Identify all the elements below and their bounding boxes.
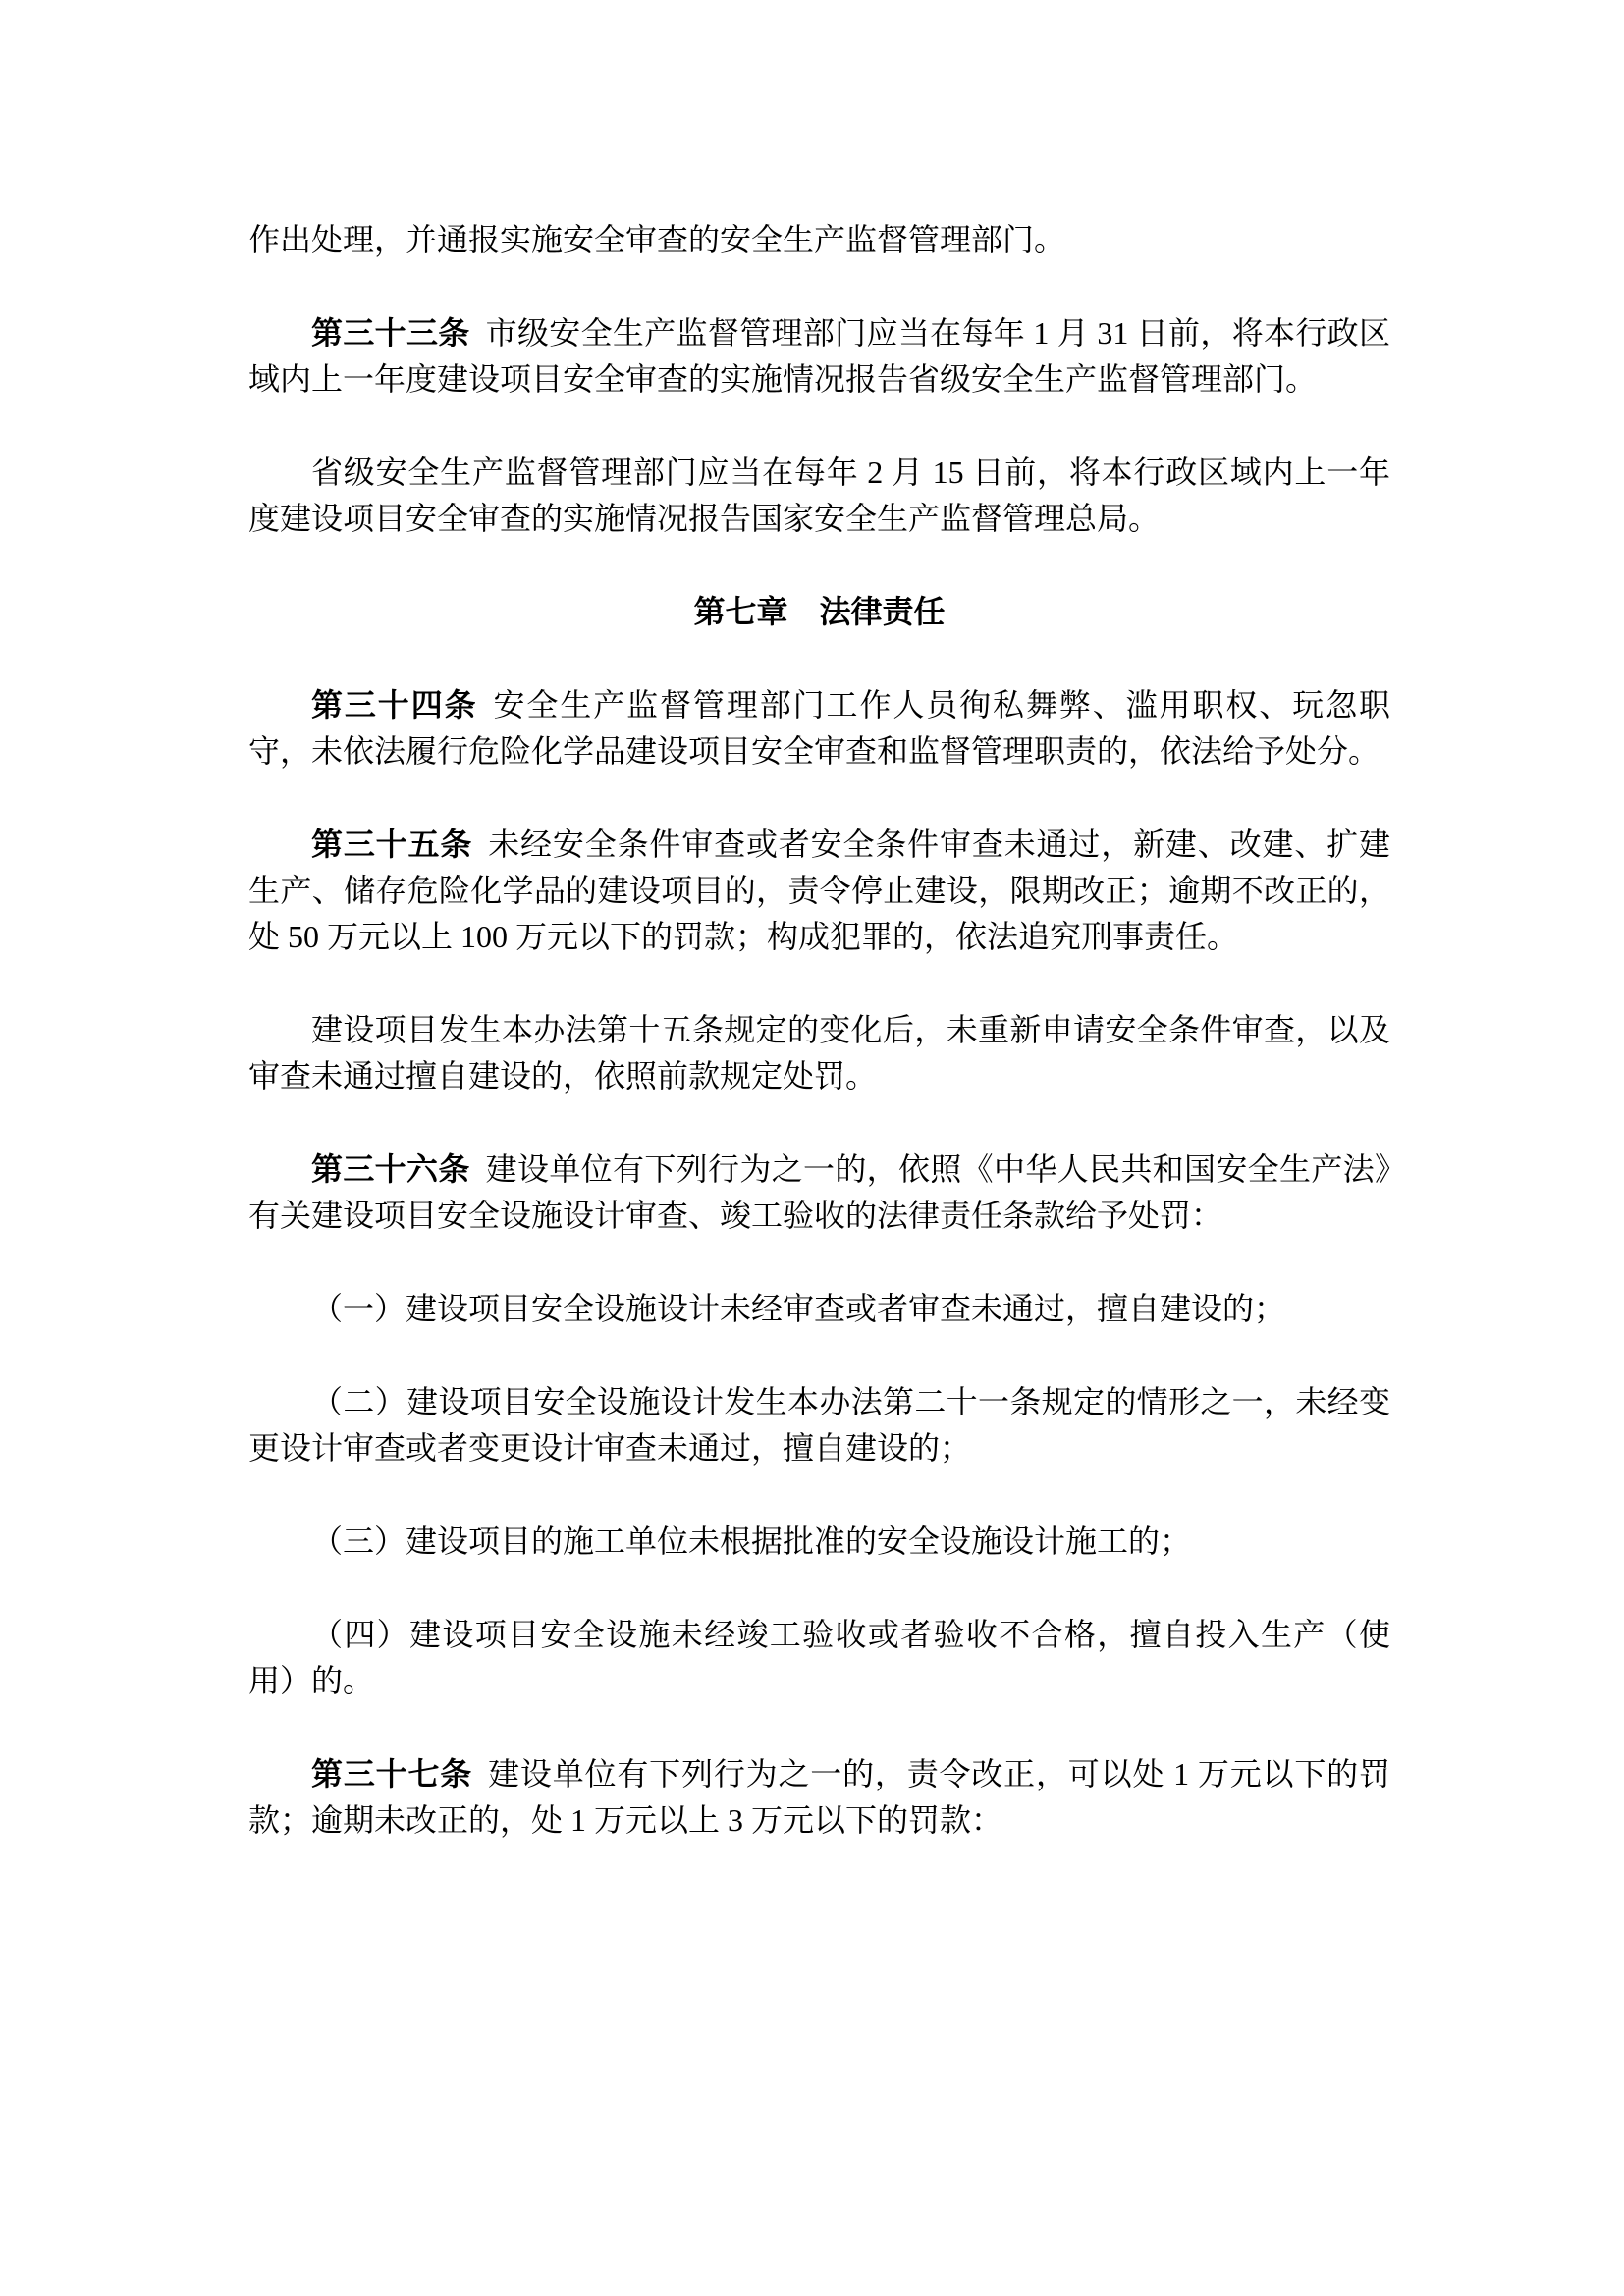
paragraph-text: （四）建设项目安全设施未经竣工验收或者验收不合格，擅自投入生产（使用）的。 — [248, 1617, 1390, 1698]
article-number-bold: 第三十七条 — [311, 1756, 472, 1791]
article-35-paragraph-1: 第三十五条未经安全条件审查或者安全条件审查未通过，新建、改建、扩建生产、储存危险… — [248, 822, 1390, 960]
article-number-bold: 第三十三条 — [311, 315, 470, 350]
paragraph-text: （一）建设项目安全设施设计未经审查或者审查未通过，擅自建设的； — [311, 1291, 1285, 1326]
article-34-paragraph: 第三十四条安全生产监督管理部门工作人员徇私舞弊、滥用职权、玩忽职守，未依法履行危… — [248, 682, 1390, 774]
article-36-item-2: （二）建设项目安全设施设计发生本办法第二十一条规定的情形之一，未经变更设计审查或… — [248, 1379, 1390, 1471]
chapter-7-heading: 第七章 法律责任 — [248, 589, 1390, 635]
article-33-paragraph-1: 第三十三条市级安全生产监督管理部门应当在每年 1 月 31 日前，将本行政区域内… — [248, 310, 1390, 402]
paragraph-text: （二）建设项目安全设施设计发生本办法第二十一条规定的情形之一，未经变更设计审查或… — [248, 1384, 1390, 1466]
article-36-item-4: （四）建设项目安全设施未经竣工验收或者验收不合格，擅自投入生产（使用）的。 — [248, 1612, 1390, 1704]
paragraph-text: 作出处理，并通报实施安全审查的安全生产监督管理部门。 — [248, 222, 1065, 257]
article-35-paragraph-2: 建设项目发生本办法第十五条规定的变化后，未重新申请安全条件审查，以及审查未通过擅… — [248, 1007, 1390, 1099]
article-33-paragraph-2: 省级安全生产监督管理部门应当在每年 2 月 15 日前，将本行政区域内上一年度建… — [248, 450, 1390, 542]
article-36-item-1: （一）建设项目安全设施设计未经审查或者审查未通过，擅自建设的； — [248, 1286, 1390, 1332]
article-37-paragraph: 第三十七条建设单位有下列行为之一的，责令改正，可以处 1 万元以下的罚款；逾期未… — [248, 1751, 1390, 1843]
continuation-paragraph: 作出处理，并通报实施安全审查的安全生产监督管理部门。 — [248, 217, 1390, 263]
paragraph-text: 建设项目发生本办法第十五条规定的变化后，未重新申请安全条件审查，以及审查未通过擅… — [248, 1012, 1390, 1094]
paragraph-text: （三）建设项目的施工单位未根据批准的安全设施设计施工的； — [311, 1523, 1191, 1559]
paragraph-text: 省级安全生产监督管理部门应当在每年 2 月 15 日前，将本行政区域内上一年度建… — [248, 454, 1390, 536]
article-number-bold: 第三十四条 — [311, 687, 478, 722]
article-number-bold: 第三十五条 — [311, 827, 472, 862]
article-36-item-3: （三）建设项目的施工单位未根据批准的安全设施设计施工的； — [248, 1519, 1390, 1565]
article-number-bold: 第三十六条 — [311, 1151, 470, 1187]
document-page: 作出处理，并通报实施安全审查的安全生产监督管理部门。 第三十三条市级安全生产监督… — [0, 0, 1624, 2296]
article-36-paragraph: 第三十六条建设单位有下列行为之一的，依照《中华人民共和国安全生产法》有关建设项目… — [248, 1147, 1390, 1239]
